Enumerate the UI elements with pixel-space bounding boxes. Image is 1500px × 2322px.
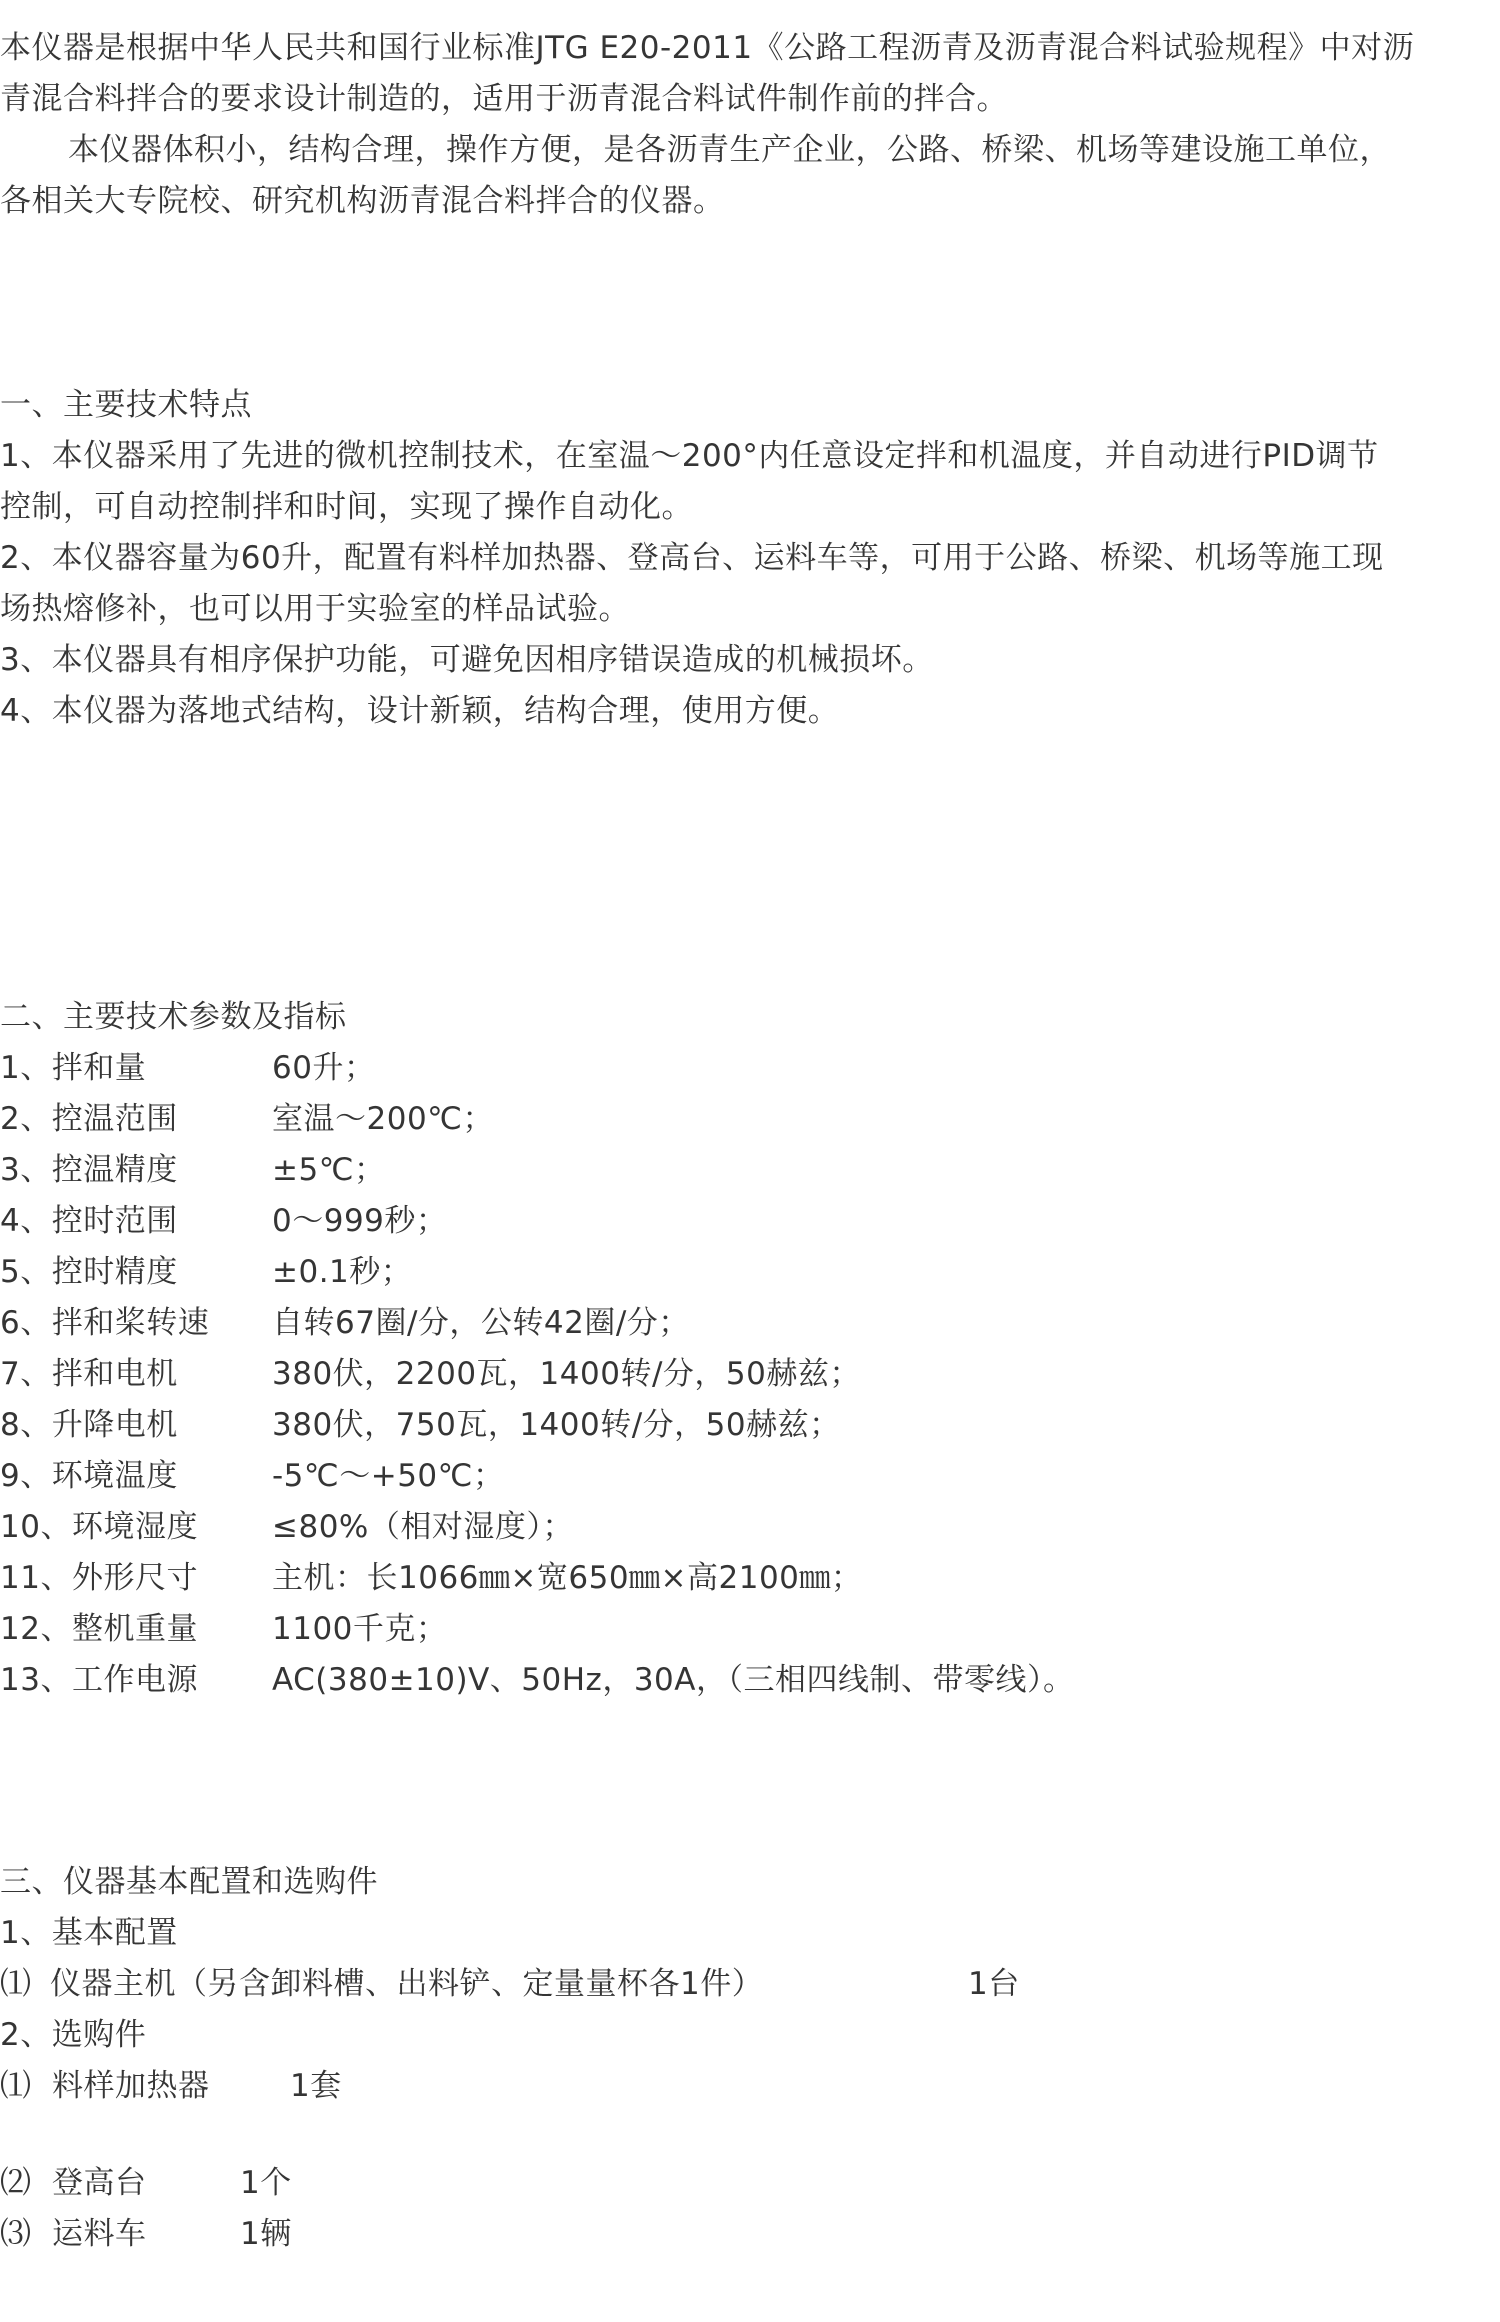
- param-value: 0～999秒；: [272, 1196, 447, 1247]
- param-value: 主机：长1066㎜×宽650㎜×高2100㎜；: [272, 1553, 862, 1604]
- intro-line: 各相关大专院校、研究机构沥青混合料拌合的仪器。: [0, 176, 725, 227]
- item-qty: 1套: [290, 2061, 342, 2112]
- item-index: ⑶: [0, 2209, 32, 2260]
- subheading-basic-config: 1、基本配置: [0, 1908, 178, 1959]
- param-label: 4、控时范围: [0, 1196, 178, 1247]
- item-qty: 1台: [968, 1959, 1020, 2010]
- item-name: 登高台: [52, 2158, 147, 2209]
- feature-line: 3、本仪器具有相序保护功能，可避免因相序错误造成的机械损坏。: [0, 635, 934, 686]
- param-label: 2、控温范围: [0, 1094, 178, 1145]
- section-heading-features: 一、主要技术特点: [0, 380, 252, 431]
- feature-line: 2、本仪器容量为60升，配置有料样加热器、登高台、运料车等，可用于公路、桥梁、机…: [0, 533, 1384, 584]
- param-label: 11、外形尺寸: [0, 1553, 198, 1604]
- item-qty: 1辆: [240, 2209, 292, 2260]
- item-name: 仪器主机（另含卸料槽、出料铲、定量量杯各1件）: [50, 1959, 763, 2010]
- param-label: 10、环境湿度: [0, 1502, 198, 1553]
- subheading-optional: 2、选购件: [0, 2010, 146, 2061]
- param-label: 1、拌和量: [0, 1043, 146, 1094]
- param-value: AC(380±10)V、50Hz，30A，（三相四线制、带零线）。: [272, 1655, 1074, 1706]
- param-value: 自转67圈/分，公转42圈/分；: [272, 1298, 690, 1349]
- feature-line: 控制，可自动控制拌和时间，实现了操作自动化。: [0, 482, 693, 533]
- item-name: 运料车: [52, 2209, 147, 2260]
- item-index: ⑴: [0, 1959, 32, 2010]
- param-value: ±0.1秒；: [272, 1247, 412, 1298]
- param-value: ≤80%（相对湿度）；: [272, 1502, 574, 1553]
- param-label: 7、拌和电机: [0, 1349, 178, 1400]
- document-page: 本仪器是根据中华人民共和国行业标准JTG E20-2011《公路工程沥青及沥青混…: [0, 0, 1500, 2322]
- item-index: ⑵: [0, 2158, 32, 2209]
- feature-line: 场热熔修补，也可以用于实验室的样品试验。: [0, 584, 630, 635]
- param-label: 13、工作电源: [0, 1655, 198, 1706]
- feature-line: 4、本仪器为落地式结构，设计新颖，结构合理，使用方便。: [0, 686, 839, 737]
- param-label: 8、升降电机: [0, 1400, 178, 1451]
- item-index: ⑴: [0, 2061, 32, 2112]
- feature-line: 1、本仪器采用了先进的微机控制技术，在室温～200°内任意设定拌和机温度，并自动…: [0, 431, 1379, 482]
- param-value: 1100千克；: [272, 1604, 447, 1655]
- param-value: 380伏，2200瓦，1400转/分，50赫兹；: [272, 1349, 861, 1400]
- param-value: -5℃～+50℃；: [272, 1451, 504, 1502]
- section-heading-configuration: 三、仪器基本配置和选购件: [0, 1857, 378, 1908]
- item-qty: 1个: [240, 2158, 292, 2209]
- intro-line: 青混合料拌合的要求设计制造的，适用于沥青混合料试件制作前的拌合。: [0, 74, 1008, 125]
- param-value: 60升；: [272, 1043, 375, 1094]
- param-label: 9、环境温度: [0, 1451, 178, 1502]
- param-value: 380伏，750瓦，1400转/分，50赫兹；: [272, 1400, 841, 1451]
- param-value: 室温～200℃；: [272, 1094, 494, 1145]
- param-value: ±5℃；: [272, 1145, 386, 1196]
- param-label: 12、整机重量: [0, 1604, 198, 1655]
- param-label: 5、控时精度: [0, 1247, 178, 1298]
- section-heading-parameters: 二、主要技术参数及指标: [0, 992, 347, 1043]
- intro-line: 本仪器是根据中华人民共和国行业标准JTG E20-2011《公路工程沥青及沥青混…: [0, 23, 1414, 74]
- param-label: 6、拌和桨转速: [0, 1298, 209, 1349]
- item-name: 料样加热器: [52, 2061, 210, 2112]
- intro-line-indented: 本仪器体积小，结构合理，操作方便，是各沥青生产企业，公路、桥梁、机场等建设施工单…: [68, 125, 1391, 176]
- param-label: 3、控温精度: [0, 1145, 178, 1196]
